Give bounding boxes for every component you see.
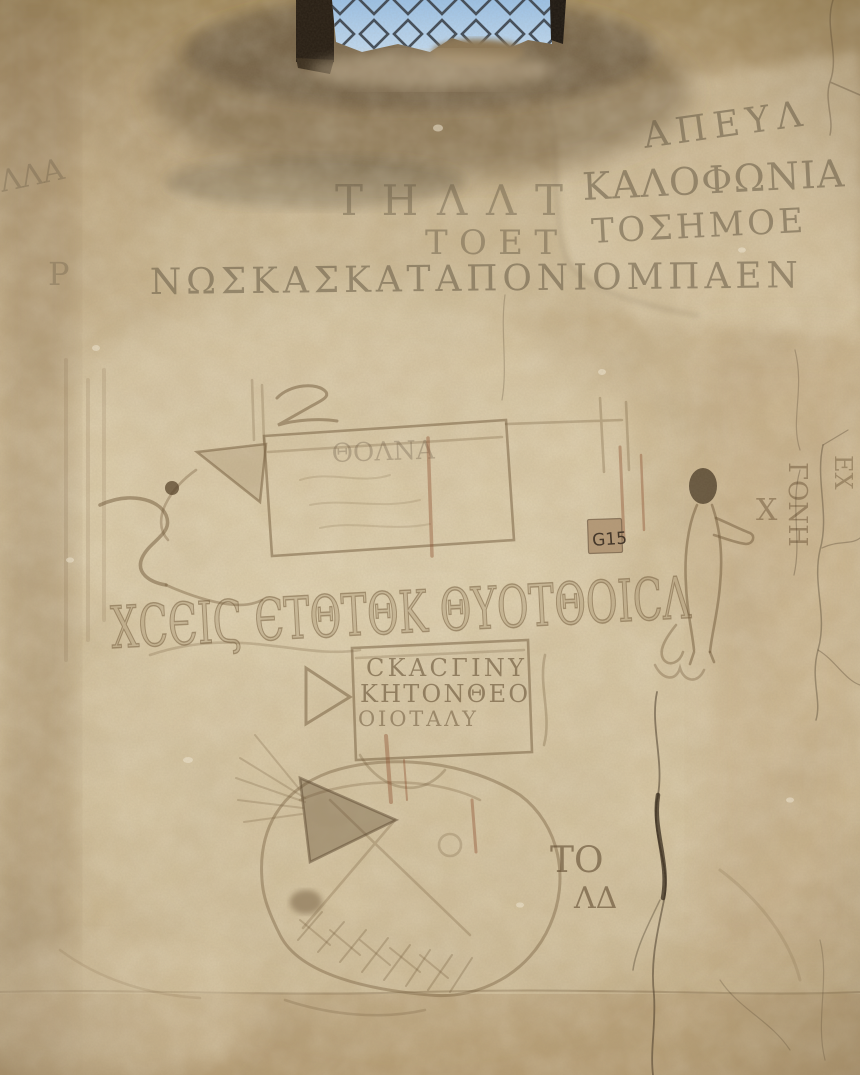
wall-photo: ΑΠΕΥΛ ΚΑΛΟΦΩΝΙΑ ΤΟΣΗΜΟΕ ΤΗΛΛΤ ΤΟΕΤ ΝΩΣΚΑ…: [0, 0, 860, 1075]
vignette: [0, 0, 860, 1075]
wall-scene: ΑΠΕΥΛ ΚΑΛΟΦΩΝΙΑ ΤΟΣΗΜΟΕ ΤΗΛΛΤ ΤΟΕΤ ΝΩΣΚΑ…: [0, 0, 860, 1075]
